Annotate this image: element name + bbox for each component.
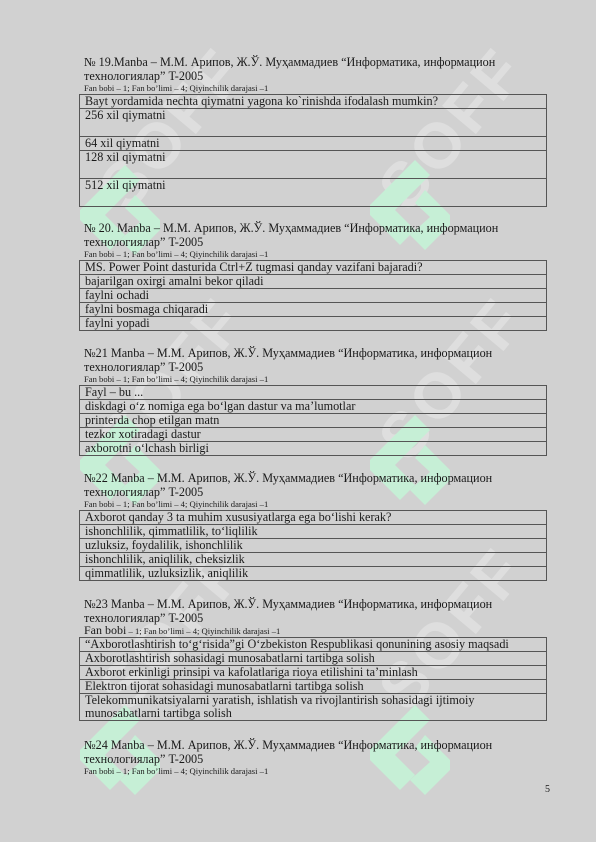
answer-option: uzluksiz, foydalilik, ishonchlilik [80, 539, 547, 553]
answer-option: 512 xil qiymatni [80, 179, 547, 207]
question-meta: Fan bobi – 1; Fan bo’limi – 4; Qiyinchil… [79, 249, 547, 259]
question-block: №21 Manba – M.M. Арипов, Ж.Ў. Муҳаммадие… [79, 347, 547, 456]
answer-option: Elektron tijorat sohasidagi munosabatlar… [80, 680, 547, 694]
source-citation: технологиялар” T-2005 [79, 753, 547, 767]
answer-option: ishonchlilik, aniqlilik, cheksizlik [80, 553, 547, 567]
source-citation: № 20. Manba – M.M. Арипов, Ж.Ў. Муҳаммад… [79, 222, 547, 236]
question-block: №23 Manba – M.M. Арипов, Ж.Ў. Муҳаммадие… [79, 598, 547, 721]
source-citation: технологиялар” T-2005 [79, 361, 547, 375]
source-citation: №23 Manba – M.M. Арипов, Ж.Ў. Муҳаммадие… [79, 598, 547, 612]
answer-option: Axborotlashtirish sohasidagi munosabatla… [80, 652, 547, 666]
question-table: Fayl – bu ... diskdagi o‘z nomiga ega bo… [79, 385, 547, 456]
question-block: № 20. Manba – M.M. Арипов, Ж.Ў. Муҳаммад… [79, 222, 547, 331]
question-block: № 19.Manba – M.M. Арипов, Ж.Ў. Муҳаммади… [79, 56, 547, 207]
answer-option: 128 xil qiymatni [80, 151, 547, 179]
document-page: № 19.Manba – M.M. Арипов, Ж.Ў. Муҳаммади… [0, 0, 596, 842]
source-citation: технологиялар” T-2005 [79, 612, 547, 626]
question-meta: Fan bobi – 1; Fan bo’limi – 4; Qiyinchil… [79, 499, 547, 509]
question-block: №24 Manba – M.M. Арипов, Ж.Ў. Муҳаммадие… [79, 739, 547, 777]
question-table: Bayt yordamida nechta qiymatni yagona ko… [79, 94, 547, 207]
source-citation: №24 Manba – M.M. Арипов, Ж.Ў. Муҳаммадие… [79, 739, 547, 753]
answer-option: faylni bosmaga chiqaradi [80, 303, 547, 317]
answer-option: Telekommunikatsiyalarni yaratish, ishlat… [80, 694, 547, 721]
answer-option: 256 xil qiymatni [80, 109, 547, 137]
question-table: MS. Power Point dasturida Ctrl+Z tugmasi… [79, 260, 547, 331]
answer-option: ishonchlilik, qimmatlilik, to‘liqlilik [80, 525, 547, 539]
question-meta: Fan bobi – 1; Fan bo’limi – 4; Qiyinchil… [79, 625, 547, 636]
answer-option: qimmatlilik, uzluksizlik, aniqlilik [80, 567, 547, 581]
answer-option: faylni yopadi [80, 317, 547, 331]
question-text: Axborot qanday 3 ta muhim xususiyatlarga… [80, 511, 547, 525]
question-table: “Axborotlashtirish to‘g‘risida”gi O‘zbek… [79, 637, 547, 721]
source-citation: №21 Manba – M.M. Арипов, Ж.Ў. Муҳаммадие… [79, 347, 547, 361]
question-text: “Axborotlashtirish to‘g‘risida”gi O‘zbek… [80, 638, 547, 652]
answer-option: Axborot erkinligi prinsipi va kafolatlar… [80, 666, 547, 680]
answer-option: axborotni o‘lchash birligi [80, 442, 547, 456]
meta-fan-bobi: Fan bobi [84, 623, 126, 637]
question-text: Bayt yordamida nechta qiymatni yagona ko… [80, 95, 547, 109]
source-citation: технологиялар” T-2005 [79, 486, 547, 500]
answer-option: printerda chop etilgan matn [80, 414, 547, 428]
answer-option: bajarilgan oxirgi amalni bekor qiladi [80, 275, 547, 289]
answer-option: diskdagi o‘z nomiga ega bo‘lgan dastur v… [80, 400, 547, 414]
question-meta: Fan bobi – 1; Fan bo’limi – 4; Qiyinchil… [79, 374, 547, 384]
question-meta: Fan bobi – 1; Fan bo’limi – 4; Qiyinchil… [79, 83, 547, 93]
question-table: Axborot qanday 3 ta muhim xususiyatlarga… [79, 510, 547, 581]
answer-option: faylni ochadi [80, 289, 547, 303]
answer-option: 64 xil qiymatni [80, 137, 547, 151]
source-citation: технологиялар” T-2005 [79, 70, 547, 84]
source-citation: №22 Manba – M.M. Арипов, Ж.Ў. Муҳаммадие… [79, 472, 547, 486]
question-meta: Fan bobi – 1; Fan bo’limi – 4; Qiyinchil… [79, 766, 547, 776]
answer-option: tezkor xotiradagi dastur [80, 428, 547, 442]
question-text: MS. Power Point dasturida Ctrl+Z tugmasi… [80, 261, 547, 275]
meta-rest: – 1; Fan bo’limi – 4; Qiyinchilik daraja… [126, 626, 280, 636]
page-number: 5 [545, 784, 550, 795]
source-citation: № 19.Manba – M.M. Арипов, Ж.Ў. Муҳаммади… [79, 56, 547, 70]
question-block: №22 Manba – M.M. Арипов, Ж.Ў. Муҳаммадие… [79, 472, 547, 581]
source-citation: технологиялар” T-2005 [79, 236, 547, 250]
question-text: Fayl – bu ... [80, 386, 547, 400]
